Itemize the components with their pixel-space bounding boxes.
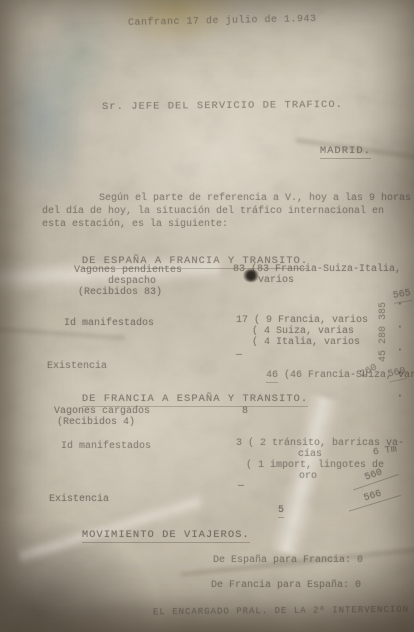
manifested2-value-4: oro [299,471,317,483]
column-separator-2: — [238,481,244,493]
passengers-france-to-spain: De Francia para España: 0 [211,580,361,592]
intro-line-3: esta estación, es la siguiente: [42,219,228,231]
date-line: Canfranc 17 de julio de 1.943 [128,14,317,29]
manifested2-value-3-gold-ingots: ( 1 import, lingotes de [246,460,384,472]
addressee-city: MADRID. [320,145,371,159]
manifested2-value-2: cías [298,449,322,461]
loaded-wagons-label: Vagones cargados [54,406,150,418]
dot: · [396,365,404,380]
section-heading-france-to-spain: DE FRANCIA A ESPAÑA Y TRANSITO. [82,393,308,407]
pending-wagons-received: (Recibidos 83) [78,287,162,299]
loaded-wagons-value: 8 [242,406,248,418]
margin-numbers-vertical: 45 280 385 [378,302,390,362]
section-heading-passengers: MOVIMIENTO DE VIAJEROS. [82,529,250,543]
addressee-line: Sr. JEFE DEL SERVICIO DE TRAFICO. [102,99,343,113]
margin-dot-leader: · · · · · [396,296,404,403]
dot: · [396,388,404,403]
signature-line: EL ENCARGADO PRAL. DE LA 2ª INTERVENCION [153,605,409,618]
manifested-value-2: ( 4 Suiza, varias [252,326,354,338]
intro-line-1: Según el parte de referencia a V., hoy a… [99,193,411,205]
manifested-value-1: 17 ( 9 Francia, varios [236,315,368,327]
pending-wagons-label2: despacho [108,276,156,288]
manifested2-tonnage: 6 Tm [372,444,397,459]
manifested-value-3: ( 4 Italia, varios [252,337,360,349]
dot: · [396,296,404,311]
dot: · [396,319,404,334]
passengers-spain-to-france: De España para Francia: 0 [213,555,363,567]
pending-wagons-label: Vagones pendientes [74,265,182,277]
typewritten-document: Canfranc 17 de julio de 1.943 Sr. JEFE D… [0,0,414,632]
stock2-value: 5 [278,505,284,518]
manifested-label: Id manifestados [64,318,154,330]
intro-line-2: del día de hoy, la situación del tráfico… [42,206,384,218]
ink-blot [243,269,259,282]
photo-of-crumpled-document: Canfranc 17 de julio de 1.943 Sr. JEFE D… [0,0,414,632]
stock-label: Existencia [47,361,107,373]
dot: · [396,342,404,357]
manifested2-label: Id manifestados [61,441,151,453]
stock2-label: Existencia [49,494,109,506]
loaded-wagons-received: (Recibidos 4) [57,417,135,429]
pending-wagons-value2: varios [258,275,294,287]
